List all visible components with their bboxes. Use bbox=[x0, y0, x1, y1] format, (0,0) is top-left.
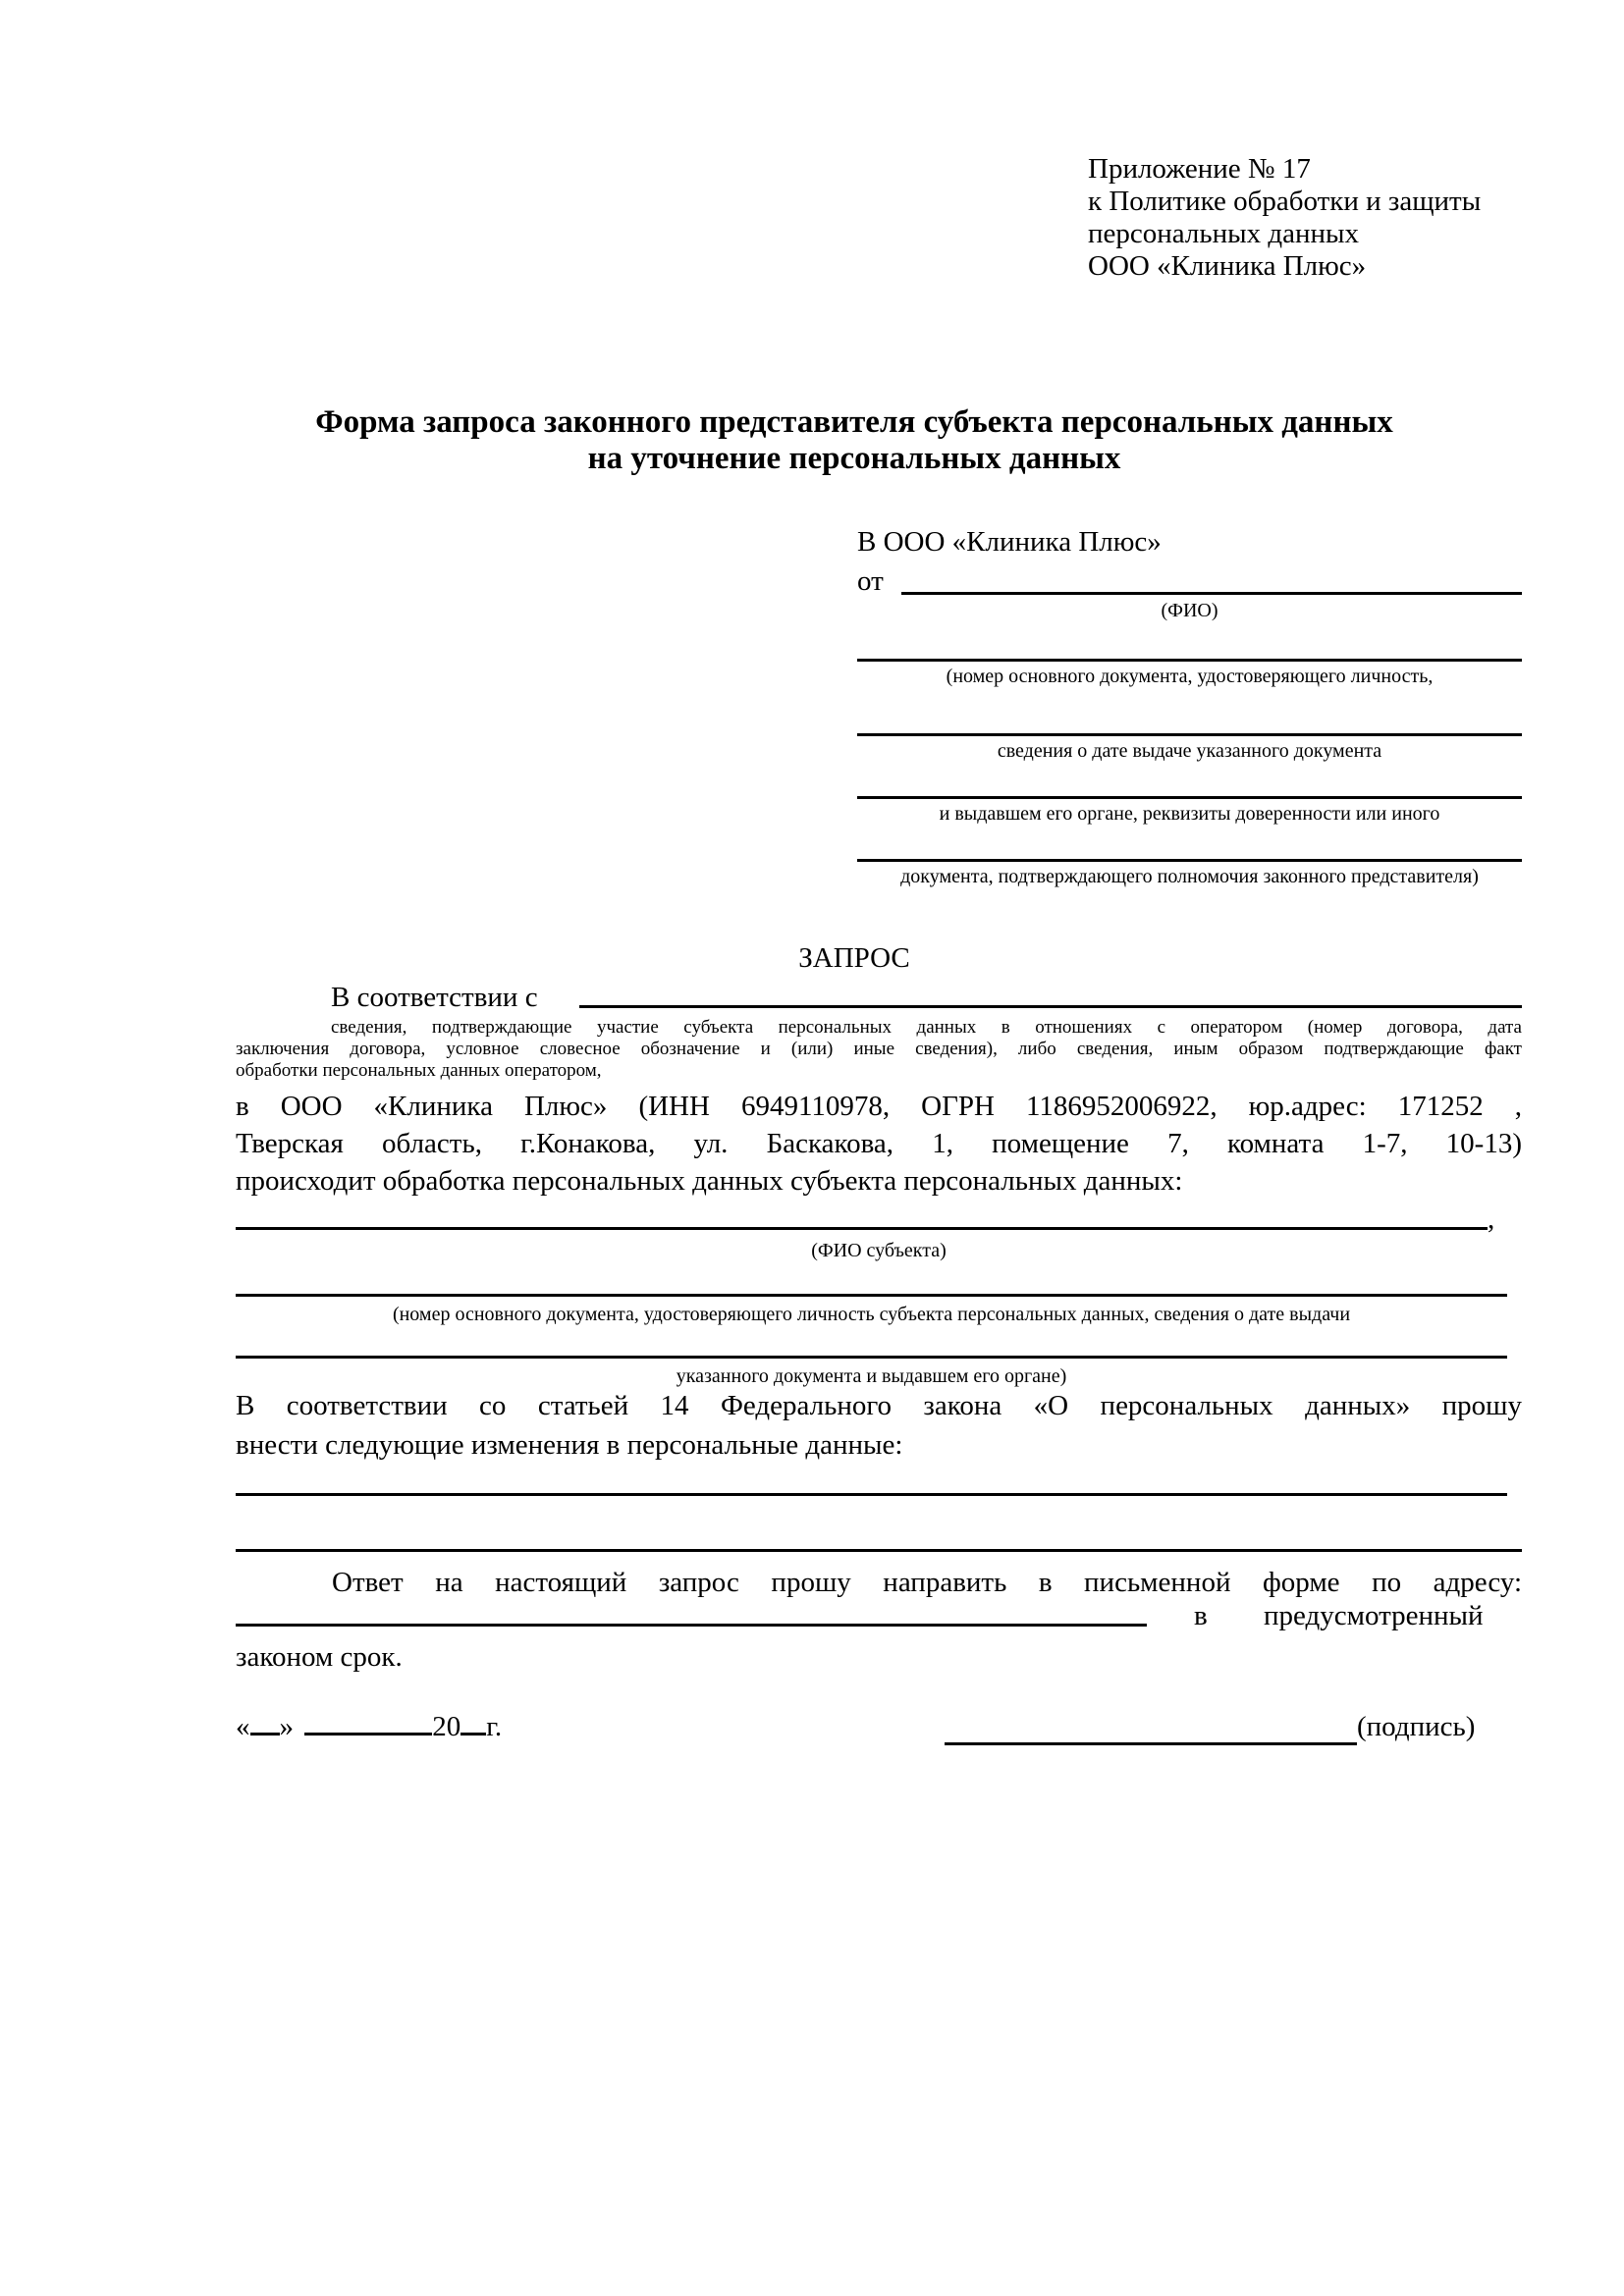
day-field[interactable] bbox=[250, 1711, 280, 1735]
changes-field-2[interactable] bbox=[236, 1549, 1522, 1552]
rep-doc-field-1[interactable] bbox=[857, 659, 1522, 662]
request-heading: ЗАПРОС bbox=[196, 942, 1512, 975]
document-title: Форма запроса законного представителя су… bbox=[196, 404, 1512, 477]
subject-fio-field[interactable] bbox=[236, 1227, 1488, 1230]
basis-caption: сведения, подтверждающие участие субъект… bbox=[236, 1017, 1522, 1082]
reply-line-3: законом срок. bbox=[236, 1641, 403, 1674]
operator-line-2: Тверская область, г.Конакова, ул. Баскак… bbox=[236, 1125, 1522, 1162]
signature-field[interactable] bbox=[945, 1742, 1357, 1745]
subject-doc-caption-1: (номер основного документа, удостоверяющ… bbox=[236, 1304, 1507, 1325]
appendix-line: Приложение № 17 bbox=[1088, 153, 1481, 186]
rep-doc-field-4[interactable] bbox=[857, 859, 1522, 862]
subject-doc-caption-2: указанного документа и выдавшем его орга… bbox=[236, 1365, 1507, 1387]
appendix-line: к Политике обработки и защиты bbox=[1088, 186, 1481, 218]
law-line-1: В соответствии со статьей 14 Федеральног… bbox=[236, 1386, 1522, 1425]
year-prefix: 20 bbox=[432, 1711, 460, 1742]
basis-caption-line-3: обработки персональных данных оператором… bbox=[236, 1060, 1522, 1082]
rep-doc-field-3[interactable] bbox=[857, 796, 1522, 799]
law-line-2: внести следующие изменения в персональны… bbox=[236, 1425, 1522, 1465]
title-line-1: Форма запроса законного представителя су… bbox=[196, 404, 1512, 441]
month-field[interactable] bbox=[304, 1711, 432, 1735]
subject-doc-field-2[interactable] bbox=[236, 1356, 1507, 1359]
appendix-line: ООО «Клиника Плюс» bbox=[1088, 250, 1481, 283]
addressee-to: В ООО «Клиника Плюс» bbox=[857, 526, 1162, 559]
rep-doc-caption-4: документа, подтверждающего полномочия за… bbox=[857, 866, 1522, 887]
fio-caption: (ФИО) bbox=[857, 600, 1522, 621]
from-fio-field[interactable] bbox=[901, 592, 1522, 595]
basis-caption-line-2: заключения договора, условное словесное … bbox=[236, 1039, 1522, 1060]
rep-doc-field-2[interactable] bbox=[857, 733, 1522, 736]
rep-doc-caption-2: сведения о дате выдаче указанного докуме… bbox=[857, 740, 1522, 762]
appendix-line: персональных данных bbox=[1088, 218, 1481, 250]
reply-text: Ответ на настоящий запрос прошу направит… bbox=[236, 1565, 1522, 1600]
operator-info: в ООО «Клиника Плюс» (ИНН 6949110978, ОГ… bbox=[236, 1088, 1522, 1200]
reply-address-field[interactable] bbox=[236, 1624, 1147, 1627]
date-open-quote: « bbox=[236, 1711, 250, 1742]
appendix-header: Приложение № 17 к Политике обработки и з… bbox=[1088, 153, 1481, 283]
year-suffix: г. bbox=[486, 1711, 502, 1742]
basis-caption-line-1: сведения, подтверждающие участие субъект… bbox=[236, 1017, 1522, 1039]
law-paragraph: В соответствии со статьей 14 Федеральног… bbox=[236, 1386, 1522, 1465]
reply-line-1: Ответ на настоящий запрос прошу направит… bbox=[236, 1565, 1522, 1600]
subject-comma: , bbox=[1488, 1203, 1494, 1236]
date-close-quote: » bbox=[280, 1711, 295, 1742]
signature-caption: (подпись) bbox=[1357, 1711, 1475, 1743]
subject-fio-caption: (ФИО субъекта) bbox=[236, 1240, 1522, 1261]
subject-doc-field-1[interactable] bbox=[236, 1294, 1507, 1297]
basis-field[interactable] bbox=[579, 1005, 1522, 1008]
title-line-2: на уточнение персональных данных bbox=[196, 441, 1512, 477]
year-field[interactable] bbox=[460, 1711, 486, 1735]
date-block: «» 20г. bbox=[236, 1711, 502, 1743]
operator-line-1: в ООО «Клиника Плюс» (ИНН 6949110978, ОГ… bbox=[236, 1088, 1522, 1125]
reply-provided: предусмотренный bbox=[1264, 1600, 1484, 1632]
rep-doc-caption-1: (номер основного документа, удостоверяющ… bbox=[857, 666, 1522, 687]
reply-in: в bbox=[1194, 1600, 1208, 1632]
addressee-from-label: от bbox=[857, 565, 884, 598]
changes-field-1[interactable] bbox=[236, 1493, 1507, 1496]
operator-line-3: происходит обработка персональных данных… bbox=[236, 1162, 1522, 1200]
rep-doc-caption-3: и выдавшем его органе, реквизиты доверен… bbox=[857, 803, 1522, 825]
according-to-label: В соответствии с bbox=[331, 982, 538, 1014]
